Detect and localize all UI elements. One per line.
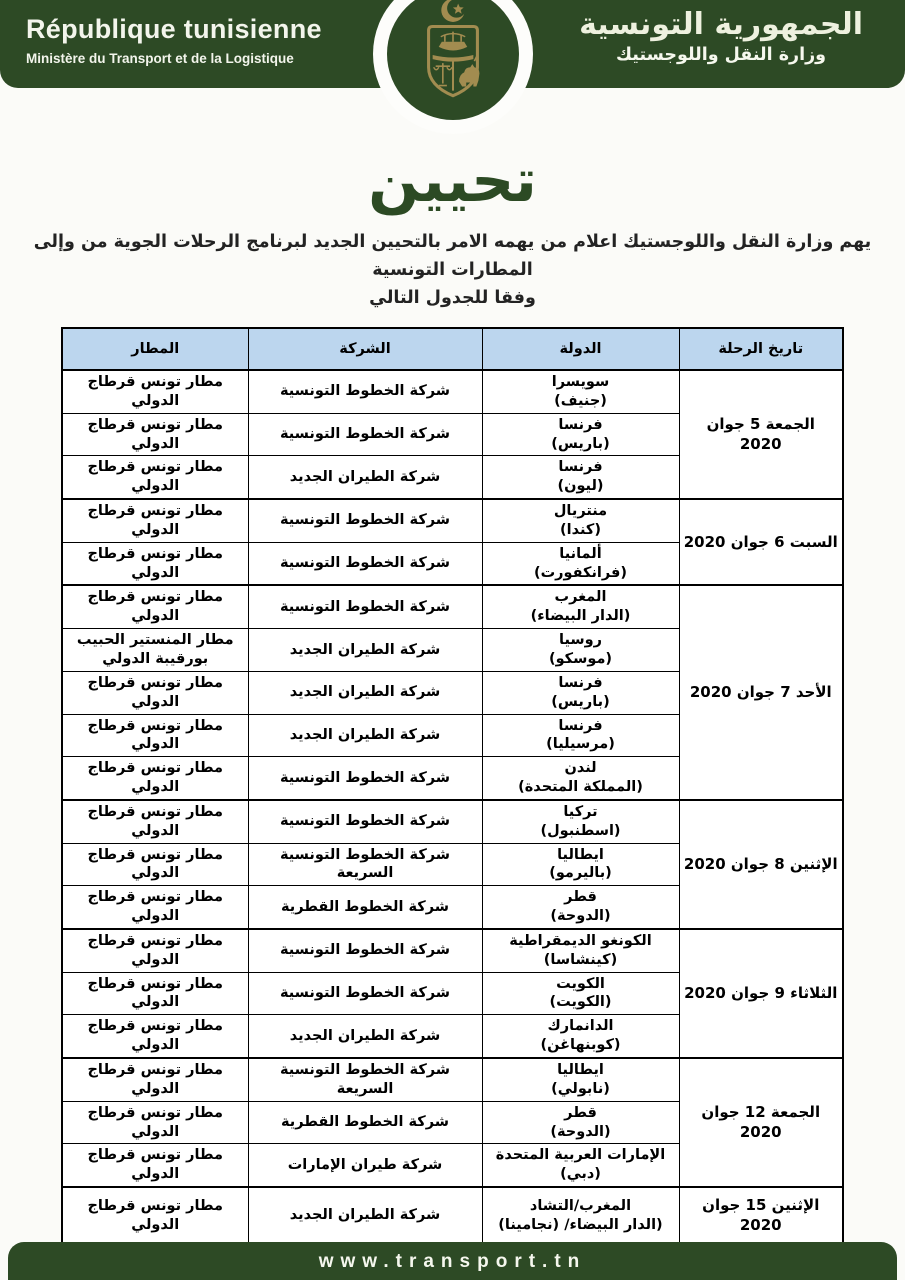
- intro-paragraph: يهم وزارة النقل واللوجستيك اعلام من يهمه…: [0, 228, 905, 312]
- tunisia-coat-of-arms-icon: [400, 0, 506, 112]
- country-cell: لندن(المملكة المتحدة): [482, 757, 679, 800]
- country-cell: الكويت(الكويت): [482, 972, 679, 1015]
- country-cell: المغرب/التشاد(الدار البيضاء/ (نجامينا): [482, 1187, 679, 1244]
- company-cell: شركة الخطوط التونسية: [248, 800, 482, 843]
- airport-cell: مطار المنستير الحبيب بورقيبة الدولي: [62, 629, 248, 672]
- flight-date-cell: السبت 6 جوان 2020: [679, 499, 843, 585]
- company-cell: شركة الخطوط القطرية: [248, 886, 482, 929]
- airport-cell: مطار تونس قرطاج الدولي: [62, 972, 248, 1015]
- country-cell: ألمانيا(فرانكفورت): [482, 542, 679, 585]
- republic-title-fr: République tunisienne: [26, 14, 322, 45]
- company-cell: شركة الخطوط التونسية: [248, 499, 482, 542]
- company-cell: شركة الخطوط التونسية: [248, 585, 482, 628]
- country-cell: قطر(الدوحة): [482, 1101, 679, 1144]
- table-row: السبت 6 جوان 2020منتريال(كندا)شركة الخطو…: [62, 499, 843, 542]
- footer-band: www.transport.tn: [8, 1242, 897, 1280]
- country-cell: فرنسا(باريس): [482, 671, 679, 714]
- header-french-block: République tunisienne Ministère du Trans…: [26, 14, 322, 66]
- website-link[interactable]: www.transport.tn: [319, 1251, 587, 1272]
- table-header-cell: تاريخ الرحلة: [679, 328, 843, 370]
- company-cell: شركة الطيران الجديد: [248, 714, 482, 757]
- airport-cell: مطار تونس قرطاج الدولي: [62, 1187, 248, 1244]
- company-cell: شركة الخطوط التونسية: [248, 972, 482, 1015]
- country-cell: تركيا(اسطنبول): [482, 800, 679, 843]
- airport-cell: مطار تونس قرطاج الدولي: [62, 886, 248, 929]
- company-cell: شركة الخطوط التونسية السريعة: [248, 843, 482, 886]
- airport-cell: مطار تونس قرطاج الدولي: [62, 714, 248, 757]
- table-row: الإثنين 15 جوان 2020المغرب/التشاد(الدار …: [62, 1187, 843, 1244]
- country-cell: فرنسا(مرسيليا): [482, 714, 679, 757]
- country-cell: سويسرا(جنيف): [482, 370, 679, 413]
- table-row: الإثنين 8 جوان 2020تركيا(اسطنبول)شركة ال…: [62, 800, 843, 843]
- flight-date-cell: الجمعة 5 جوان 2020: [679, 370, 843, 499]
- company-cell: شركة الخطوط القطرية: [248, 1101, 482, 1144]
- airport-cell: مطار تونس قرطاج الدولي: [62, 843, 248, 886]
- company-cell: شركة الخطوط التونسية السريعة: [248, 1058, 482, 1101]
- country-cell: فرنسا(باريس): [482, 413, 679, 456]
- airport-cell: مطار تونس قرطاج الدولي: [62, 542, 248, 585]
- flight-date-cell: الأحد 7 جوان 2020: [679, 585, 843, 799]
- country-cell: المغرب(الدار البيضاء): [482, 585, 679, 628]
- country-cell: روسيا(موسكو): [482, 629, 679, 672]
- page-title: تحيين: [0, 148, 905, 214]
- airport-cell: مطار تونس قرطاج الدولي: [62, 929, 248, 972]
- country-cell: منتريال(كندا): [482, 499, 679, 542]
- country-cell: قطر(الدوحة): [482, 886, 679, 929]
- intro-line-1: يهم وزارة النقل واللوجستيك اعلام من يهمه…: [0, 228, 905, 284]
- flight-date-cell: الإثنين 8 جوان 2020: [679, 800, 843, 929]
- intro-line-2: وفقا للجدول التالي: [0, 284, 905, 312]
- company-cell: شركة الخطوط التونسية: [248, 413, 482, 456]
- company-cell: شركة الخطوط التونسية: [248, 929, 482, 972]
- country-cell: الدانمارك(كوبنهاغن): [482, 1015, 679, 1058]
- airport-cell: مطار تونس قرطاج الدولي: [62, 499, 248, 542]
- ministry-subtitle-ar: وزارة النقل واللوجستيك: [579, 45, 863, 65]
- ministry-subtitle-fr: Ministère du Transport et de la Logistiq…: [26, 51, 322, 66]
- company-cell: شركة طيران الإمارات: [248, 1144, 482, 1187]
- airport-cell: مطار تونس قرطاج الدولي: [62, 757, 248, 800]
- announcement-page: République tunisienne Ministère du Trans…: [0, 0, 905, 1280]
- table-header-cell: الدولة: [482, 328, 679, 370]
- company-cell: شركة الخطوط التونسية: [248, 370, 482, 413]
- country-cell: ايطاليا(باليرمو): [482, 843, 679, 886]
- airport-cell: مطار تونس قرطاج الدولي: [62, 1015, 248, 1058]
- company-cell: شركة الطيران الجديد: [248, 1187, 482, 1244]
- airport-cell: مطار تونس قرطاج الدولي: [62, 1144, 248, 1187]
- airport-cell: مطار تونس قرطاج الدولي: [62, 370, 248, 413]
- company-cell: شركة الطيران الجديد: [248, 1015, 482, 1058]
- table-header-cell: الشركة: [248, 328, 482, 370]
- table-row: الثلاثاء 9 جوان 2020الكونغو الديمقراطية(…: [62, 929, 843, 972]
- header-arabic-block: الجمهورية التونسية وزارة النقل واللوجستي…: [579, 8, 863, 65]
- emblem-badge: [387, 0, 519, 120]
- airport-cell: مطار تونس قرطاج الدولي: [62, 456, 248, 499]
- airport-cell: مطار تونس قرطاج الدولي: [62, 1058, 248, 1101]
- republic-title-ar: الجمهورية التونسية: [579, 8, 863, 41]
- airport-cell: مطار تونس قرطاج الدولي: [62, 413, 248, 456]
- country-cell: ايطاليا(نابولي): [482, 1058, 679, 1101]
- company-cell: شركة الخطوط التونسية: [248, 542, 482, 585]
- flight-date-cell: الجمعة 12 جوان 2020: [679, 1058, 843, 1187]
- airport-cell: مطار تونس قرطاج الدولي: [62, 1101, 248, 1144]
- flight-date-cell: الإثنين 15 جوان 2020: [679, 1187, 843, 1244]
- page-header: République tunisienne Ministère du Trans…: [0, 0, 905, 140]
- company-cell: شركة الطيران الجديد: [248, 456, 482, 499]
- airport-cell: مطار تونس قرطاج الدولي: [62, 800, 248, 843]
- company-cell: شركة الطيران الجديد: [248, 671, 482, 714]
- table-row: الجمعة 5 جوان 2020سويسرا(جنيف)شركة الخطو…: [62, 370, 843, 413]
- airport-cell: مطار تونس قرطاج الدولي: [62, 585, 248, 628]
- country-cell: فرنسا(ليون): [482, 456, 679, 499]
- company-cell: شركة الطيران الجديد: [248, 629, 482, 672]
- table-header-cell: المطار: [62, 328, 248, 370]
- flights-table: تاريخ الرحلةالدولةالشركةالمطارالجمعة 5 ج…: [61, 327, 844, 1245]
- country-cell: الإمارات العربية المتحدة (دبي): [482, 1144, 679, 1187]
- airport-cell: مطار تونس قرطاج الدولي: [62, 671, 248, 714]
- table-row: الجمعة 12 جوان 2020ايطاليا(نابولي)شركة ا…: [62, 1058, 843, 1101]
- table-row: الأحد 7 جوان 2020المغرب(الدار البيضاء)شر…: [62, 585, 843, 628]
- flight-date-cell: الثلاثاء 9 جوان 2020: [679, 929, 843, 1058]
- company-cell: شركة الخطوط التونسية: [248, 757, 482, 800]
- country-cell: الكونغو الديمقراطية(كينشاسا): [482, 929, 679, 972]
